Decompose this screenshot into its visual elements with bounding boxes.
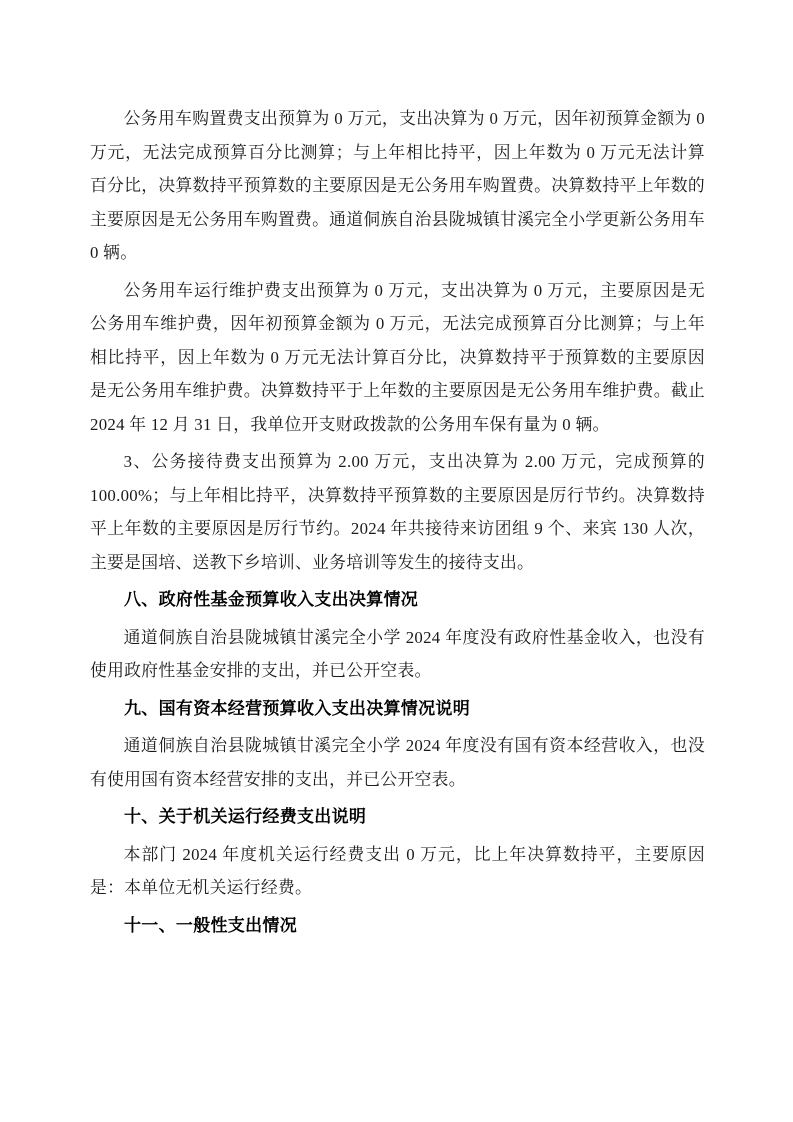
paragraph-official-vehicle-purchase: 公务用车购置费支出预算为 0 万元，支出决算为 0 万元，因年初预算金额为 0 … xyxy=(90,102,705,270)
paragraph-operating-expenses-statement: 本部门 2024 年度机关运行经费支出 0 万元，比上年决算数持平，主要原因是：… xyxy=(90,838,705,905)
heading-section-9-state-capital: 九、国有资本经营预算收入支出决算情况说明 xyxy=(90,692,705,726)
paragraph-state-capital-statement: 通道侗族自治县陇城镇甘溪完全小学 2024 年度没有国有资本经营收入，也没有使用… xyxy=(90,729,705,796)
paragraph-government-funds-statement: 通道侗族自治县陇城镇甘溪完全小学 2024 年度没有政府性基金收入，也没有使用政… xyxy=(90,621,705,688)
heading-section-8-government-funds: 八、政府性基金预算收入支出决算情况 xyxy=(90,583,705,617)
document-page: 公务用车购置费支出预算为 0 万元，支出决算为 0 万元，因年初预算金额为 0 … xyxy=(0,0,793,1122)
paragraph-official-reception-expense: 3、公务接待费支出预算为 2.00 万元，支出决算为 2.00 万元，完成预算的… xyxy=(90,445,705,579)
heading-section-11-general-expenditure: 十一、一般性支出情况 xyxy=(90,909,705,943)
heading-section-10-operating-expenses: 十、关于机关运行经费支出说明 xyxy=(90,800,705,834)
paragraph-official-vehicle-maintenance: 公务用车运行维护费支出预算为 0 万元，支出决算为 0 万元，主要原因是无公务用… xyxy=(90,274,705,442)
